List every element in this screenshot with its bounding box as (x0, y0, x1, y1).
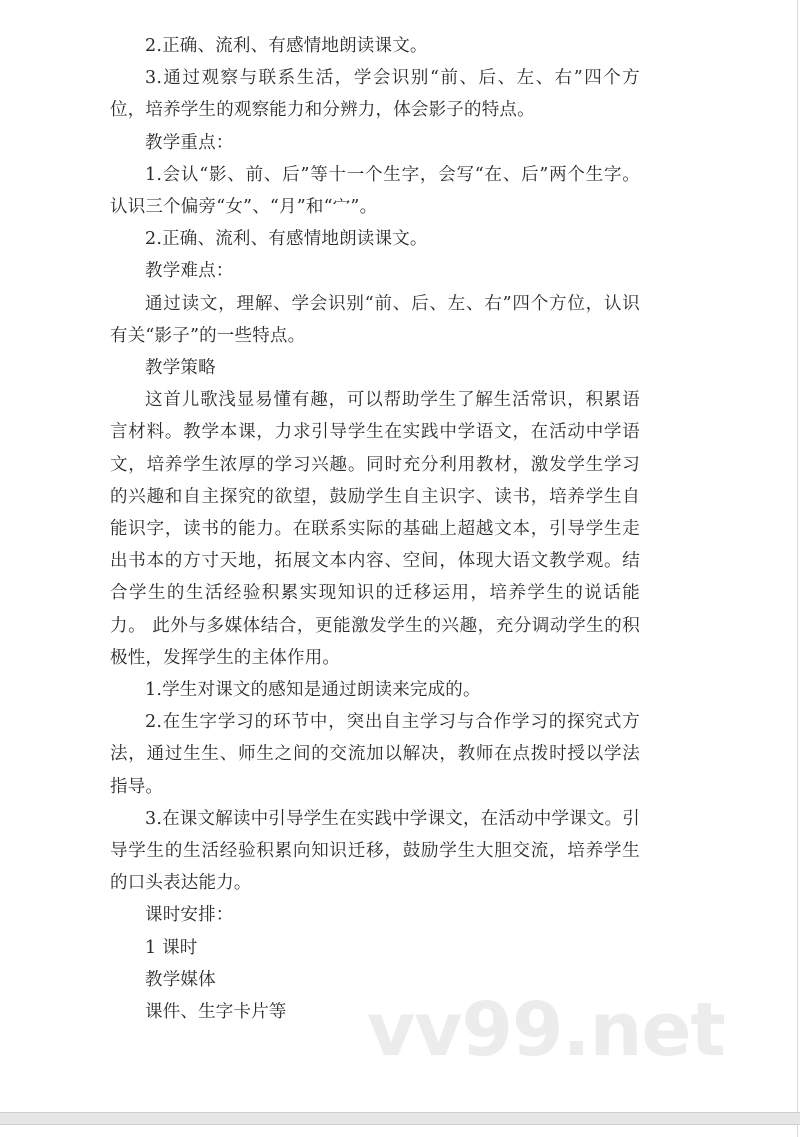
strategy-text: 这首儿歌浅显易懂有趣，可以帮助学生了解生活常识，积累语言材料。教学本课，力求引导… (110, 384, 640, 674)
heading-key-points: 教学重点： (110, 127, 640, 159)
strategy-point-3: 3.在课文解读中引导学生在实践中学课文，在活动中学课文。引导学生的生活经验积累向… (110, 803, 640, 900)
watermark: vv99.net (367, 990, 725, 1070)
strategy-point-2: 2.在生字学习的环节中，突出自主学习与合作学习的探究式方法，通过生生、师生之间的… (110, 706, 640, 803)
key-point-1: 1.会认“影、前、后”等十一个生字，会写“在、后”两个生字。认识三个偏旁“女”、… (110, 159, 640, 223)
difficulty-text: 通过读文，理解、学会识别“前、后、左、右”四个方位，认识有关“影子”的一些特点。 (110, 288, 640, 352)
objective-2: 2.正确、流利、有感情地朗读课文。 (110, 30, 640, 62)
heading-strategy: 教学策略 (110, 352, 640, 384)
document-body: 2.正确、流利、有感情地朗读课文。 3.通过观察与联系生活，学会识别“前、后、左… (110, 30, 640, 1028)
objective-3: 3.通过观察与联系生活，学会识别“前、后、左、右”四个方位，培养学生的观察能力和… (110, 62, 640, 126)
heading-difficulties: 教学难点： (110, 255, 640, 287)
next-page-top (0, 1125, 798, 1137)
document-page: 2.正确、流利、有感情地朗读课文。 3.通过观察与联系生活，学会识别“前、后、左… (0, 0, 798, 1112)
schedule-value: 1 课时 (110, 932, 640, 964)
page-separator (0, 1112, 800, 1125)
key-point-2: 2.正确、流利、有感情地朗读课文。 (110, 223, 640, 255)
heading-schedule: 课时安排： (110, 899, 640, 931)
strategy-point-1: 1.学生对课文的感知是通过朗读来完成的。 (110, 674, 640, 706)
